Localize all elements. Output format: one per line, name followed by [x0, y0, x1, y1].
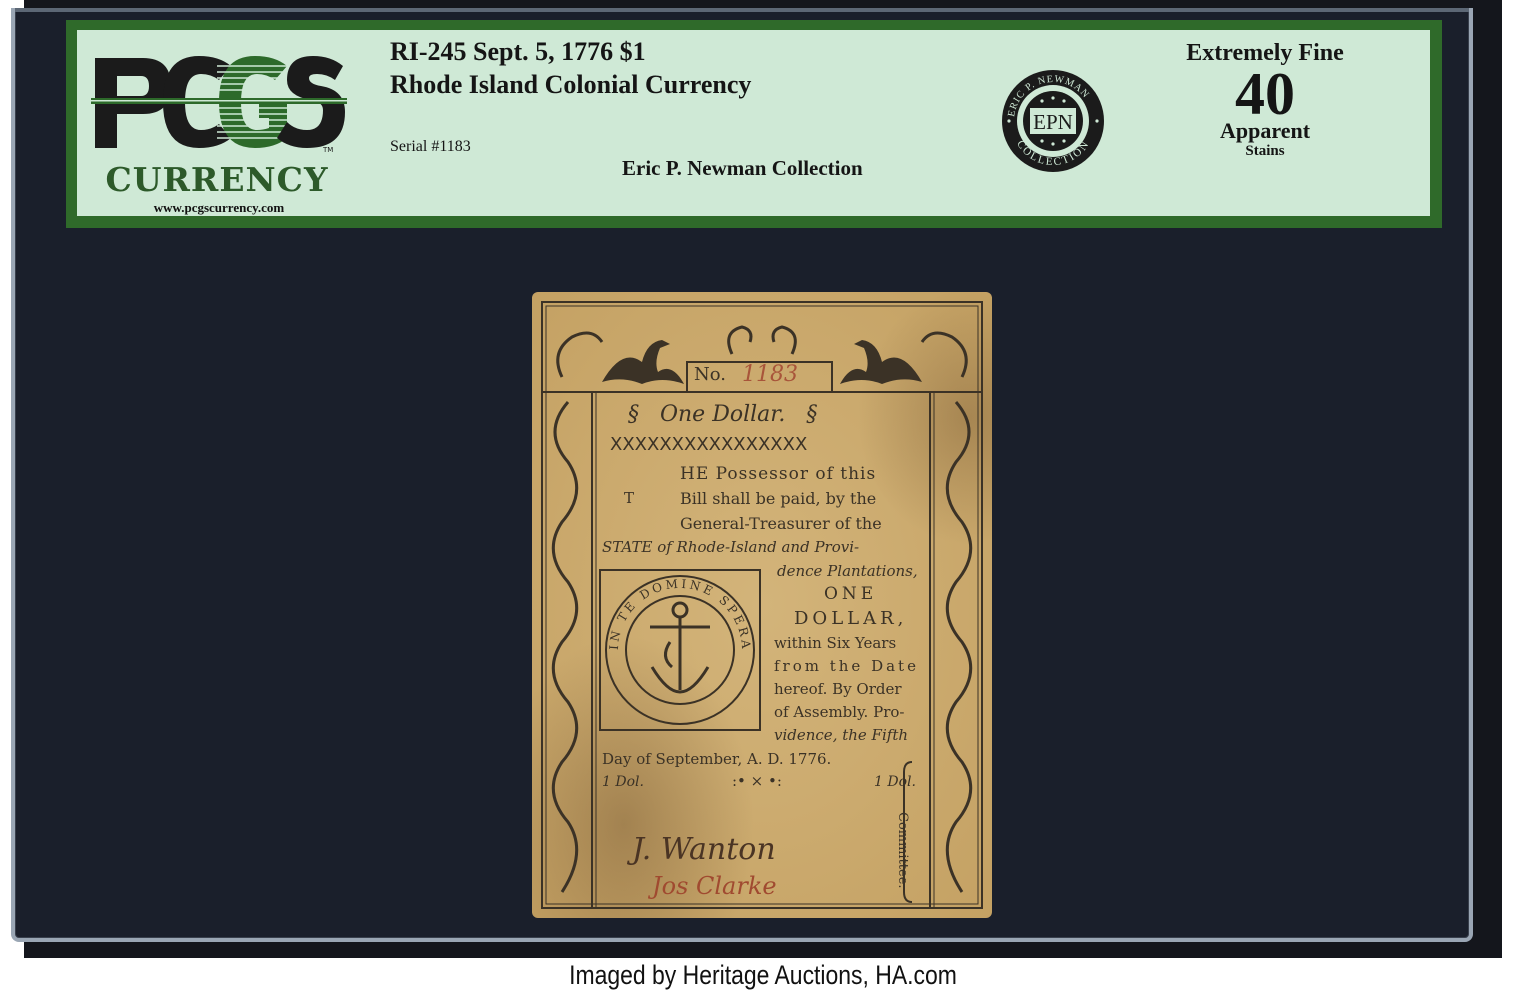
note-body-line: within Six Years [774, 634, 896, 652]
denomination-left: 1 Dol. [602, 774, 644, 790]
grade-number: 40 [1155, 68, 1375, 120]
note-body-line: dence Plantations, [777, 562, 918, 580]
signature-wanton: J. Wanton [632, 832, 776, 867]
svg-text:TM: TM [322, 146, 333, 152]
note-body-line: Bill shall be paid, by the [680, 489, 876, 508]
epn-collection-seal-icon: EPN ERIC P. NEWMAN COLLECTION [1000, 68, 1106, 174]
svg-text:XXXXXXXXXXXXXXXX: XXXXXXXXXXXXXXXX [610, 434, 807, 455]
note-body-line: ONE [824, 584, 877, 604]
note-body-line: vidence, the Fifth [774, 726, 908, 744]
note-body-line: from the Date [774, 657, 919, 675]
serial-number: Serial #1183 [390, 138, 471, 156]
signature-clarke: Jos Clarke [652, 872, 777, 900]
svg-text:EPN: EPN [1033, 110, 1073, 134]
denomination-right: 1 Dol. [874, 774, 916, 790]
committee-label: Committee. [895, 812, 910, 889]
note-series-title: Rhode Island Colonial Currency [390, 70, 751, 100]
grade-qualifier: Apparent [1155, 120, 1375, 142]
center-ornament: :• × •: [732, 772, 782, 790]
note-body-line: hereof. By Order [774, 680, 902, 698]
note-body-line: STATE of Rhode-Island and Provi- [602, 538, 859, 556]
note-body-line: Day of September, A. D. 1776. [602, 750, 831, 768]
note-number-label: No. [694, 364, 726, 385]
image-credit-caption: Imaged by Heritage Auctions, HA.com [114, 958, 1411, 991]
grading-label: TM CURRENCY www.pcgscurrency.com RI-245 … [66, 20, 1442, 228]
grade-comment: Stains [1155, 142, 1375, 160]
pedigree-collection: Eric P. Newman Collection [622, 156, 863, 181]
note-drop-cap: T [624, 489, 634, 507]
note-serial-handwritten: 1183 [742, 362, 798, 387]
label-panel: TM CURRENCY www.pcgscurrency.com RI-245 … [77, 30, 1430, 216]
grade-block: Extremely Fine 40 Apparent Stains [1155, 38, 1375, 160]
note-body-line: DOLLAR, [794, 608, 907, 629]
note-body-line: General-Treasurer of the [680, 514, 882, 533]
pcgs-logo-icon: TM [91, 52, 347, 152]
currency-wordmark: CURRENCY [89, 160, 345, 199]
note-body-line: HE Possessor of this [680, 464, 876, 484]
note-heading: § One Dollar. § [628, 402, 817, 427]
banknote: XXXXXXXXXXXXXXXX IN TE DOMINE SPERAMUS N… [532, 292, 992, 918]
pcgs-currency-logo: TM CURRENCY www.pcgscurrency.com [91, 36, 347, 216]
note-body-line: of Assembly. Pro- [774, 703, 904, 721]
note-catalog-title: RI-245 Sept. 5, 1776 $1 [390, 37, 646, 67]
website-url: www.pcgscurrency.com [91, 200, 347, 216]
